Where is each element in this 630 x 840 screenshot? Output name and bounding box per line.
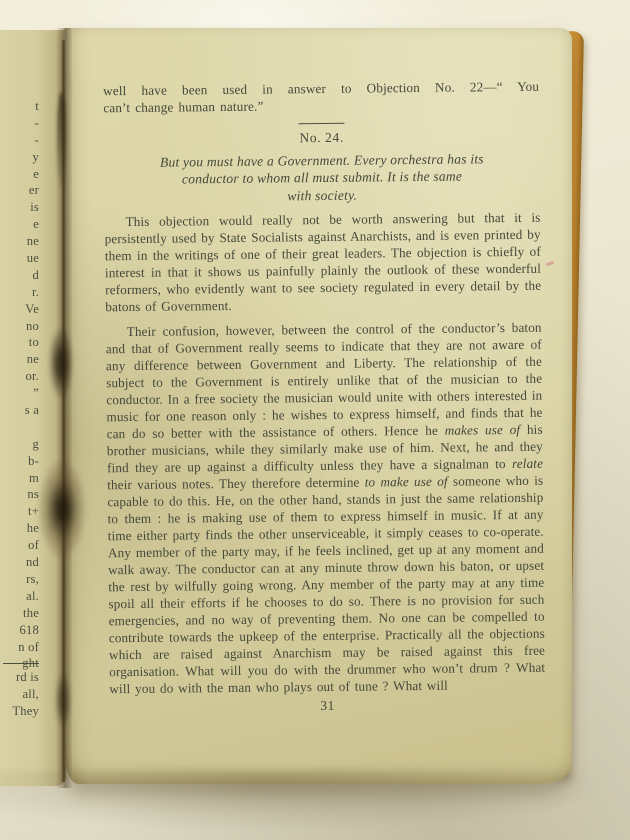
text-line: nd [0, 554, 39, 571]
binding-stain-middle [49, 328, 73, 398]
text-line: - [0, 115, 39, 132]
text-line: no [0, 318, 39, 335]
text-line: m [0, 470, 39, 487]
text-line: - [0, 132, 39, 149]
page-text-block: well have been used in answer to Objecti… [103, 78, 546, 717]
text-line: he [0, 520, 39, 537]
body-text: their various notes. They therefore dete… [107, 475, 365, 493]
left-page-line-endings-upper: t--yeeriseneuedr.Venotoneor.”s a gb-mnst… [0, 98, 39, 672]
text-line: rd is [0, 669, 39, 686]
text-line: s a [0, 402, 39, 419]
text-line: the [0, 605, 39, 622]
page-number: 31 [109, 696, 545, 717]
paragraph-2: Their confusion, however, between the co… [106, 319, 546, 698]
text-line: er [0, 182, 39, 199]
section-number: No. 24. [104, 128, 540, 149]
emphasized-text: relate [512, 456, 543, 471]
left-page-section-rule [3, 663, 39, 664]
body-text: someone who is capable to do this. He, o… [107, 473, 545, 697]
text-line: ue [0, 250, 39, 267]
text-line: rs, [0, 571, 39, 588]
text-line: d [0, 267, 39, 284]
text-line: all, [0, 686, 39, 703]
text-line: is [0, 199, 39, 216]
text-line: of [0, 537, 39, 554]
emphasized-text: makes use of [445, 422, 521, 438]
photo-of-pamphlet-page: t--yeeriseneuedr.Venotoneor.”s a gb-mnst… [0, 0, 630, 840]
text-line: can’t change human nature.” [103, 95, 539, 117]
continuation-paragraph: well have been used in answer to Objecti… [103, 78, 539, 117]
text-line: ne [0, 351, 39, 368]
binding-stain-top [57, 92, 66, 188]
emphasized-text: to make use of [365, 474, 448, 490]
text-line: e [0, 216, 39, 233]
paragraph-1: This objection would really not be worth… [104, 209, 541, 316]
text-line: They [0, 703, 39, 720]
text-line: t+ [0, 503, 39, 520]
text-line: y [0, 149, 39, 166]
text-line: or. [0, 368, 39, 385]
text-line: b- [0, 453, 39, 470]
binding-stain-lower [55, 672, 71, 728]
text-line: Ve [0, 301, 39, 318]
text-line: ” [0, 385, 39, 402]
pamphlet-drop-shadow [0, 770, 610, 830]
pamphlet-page-31: well have been used in answer to Objecti… [64, 28, 572, 784]
text-line: n of [0, 639, 39, 656]
text-line: e [0, 166, 39, 183]
text-line: 618 [0, 622, 39, 639]
text-line: to [0, 334, 39, 351]
section-divider-rule [298, 123, 344, 124]
text-line: t [0, 98, 39, 115]
text-line: ns [0, 486, 39, 503]
text-line: with society. [104, 185, 540, 207]
text-line: al. [0, 588, 39, 605]
text-line: r. [0, 284, 39, 301]
body-text: This objection would really not be worth… [105, 210, 542, 315]
text-line: g [0, 436, 39, 453]
objection-heading: But you must have a Government. Every or… [104, 150, 541, 207]
left-page-line-endings-lower: rd isall,They [0, 669, 39, 720]
binding-stain-large [38, 460, 86, 558]
text-line: ne [0, 233, 39, 250]
text-line [0, 419, 39, 436]
